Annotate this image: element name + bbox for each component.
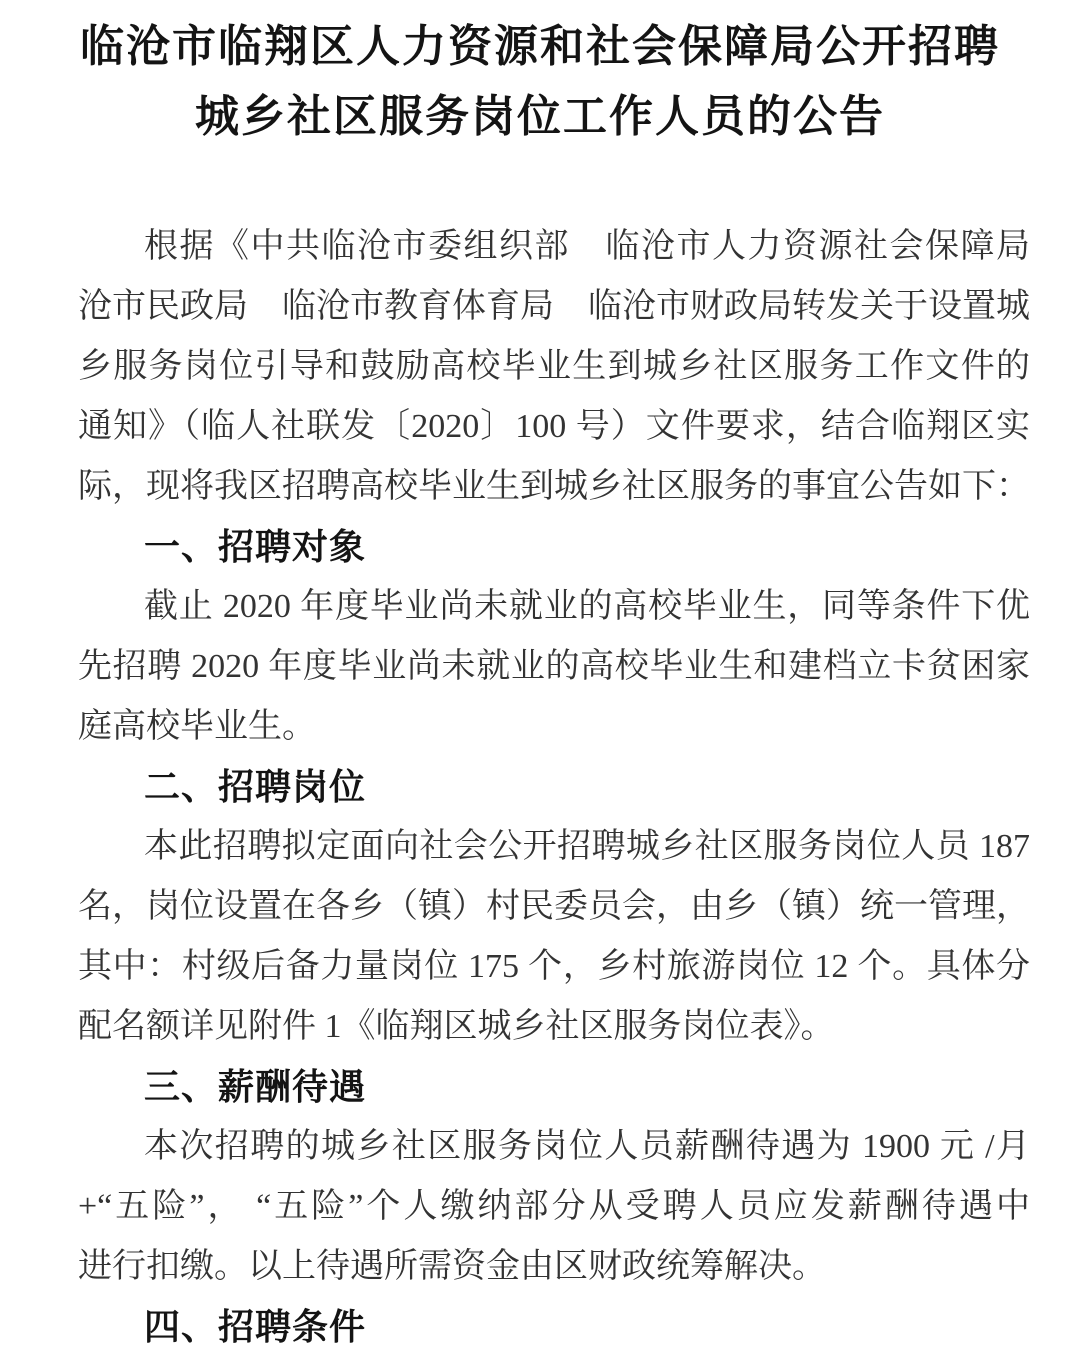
paragraph-line: 进行扣缴。以上待遇所需资金由区财政统筹解决。 (78, 1237, 1030, 1297)
paragraph-line: 先招聘 2020 年度毕业尚未就业的高校毕业生和建档立卡贫困家 (78, 637, 1030, 697)
intro-paragraph: 根据《中共临沧市委组织部 临沧市人力资源社会保障局 临沧市民政局 临沧市教育体育… (78, 217, 1030, 517)
document-title-line-1: 临沧市临翔区人力资源和社会保障局公开招聘 (0, 12, 1080, 82)
paragraph-line: 截止 2020 年度毕业尚未就业的高校毕业生，同等条件下优 (78, 577, 1030, 637)
paragraph-line: 配名额详见附件 1《临翔区城乡社区服务岗位表》。 (78, 997, 1030, 1057)
paragraph-line: 本次招聘的城乡社区服务岗位人员薪酬待遇为 1900 元 /月 (78, 1117, 1030, 1177)
paragraph-line: 名，岗位设置在各乡（镇）村民委员会，由乡（镇）统一管理， (78, 877, 1030, 937)
document-body: 根据《中共临沧市委组织部 临沧市人力资源社会保障局 临沧市民政局 临沧市教育体育… (78, 217, 1030, 1352)
section-heading-4: 四、招聘条件 (78, 1297, 1030, 1352)
paragraph-line: 其中：村级后备力量岗位 175 个，乡村旅游岗位 12 个。具体分 (78, 937, 1030, 997)
announcement-page: 临沧市临翔区人力资源和社会保障局公开招聘 城乡社区服务岗位工作人员的公告 根据《… (0, 0, 1080, 1352)
paragraph-line: 沧市民政局 临沧市教育体育局 临沧市财政局转发关于设置城 (78, 277, 1030, 337)
paragraph-line: +“五险”， “五险”个人缴纳部分从受聘人员应发薪酬待遇中 (78, 1177, 1030, 1237)
paragraph-line: 际，现将我区招聘高校毕业生到城乡社区服务的事宜公告如下： (78, 457, 1030, 517)
paragraph-line: 本此招聘拟定面向社会公开招聘城乡社区服务岗位人员 187 (78, 817, 1030, 877)
section-heading-3: 三、薪酬待遇 (78, 1057, 1030, 1117)
paragraph-line: 庭高校毕业生。 (78, 697, 1030, 757)
section-1-paragraph: 截止 2020 年度毕业尚未就业的高校毕业生，同等条件下优先招聘 2020 年度… (78, 577, 1030, 757)
document-title: 临沧市临翔区人力资源和社会保障局公开招聘 城乡社区服务岗位工作人员的公告 (0, 0, 1080, 152)
document-title-line-2: 城乡社区服务岗位工作人员的公告 (0, 82, 1080, 152)
section-3-paragraph: 本次招聘的城乡社区服务岗位人员薪酬待遇为 1900 元 /月+“五险”， “五险… (78, 1117, 1030, 1297)
paragraph-line: 通知》（临人社联发〔2020〕100 号）文件要求，结合临翔区实 (78, 397, 1030, 457)
paragraph-line: 乡服务岗位引导和鼓励高校毕业生到城乡社区服务工作文件的 (78, 337, 1030, 397)
section-heading-2: 二、招聘岗位 (78, 757, 1030, 817)
paragraph-line: 根据《中共临沧市委组织部 临沧市人力资源社会保障局 临 (78, 217, 1030, 277)
section-2-paragraph: 本此招聘拟定面向社会公开招聘城乡社区服务岗位人员 187名，岗位设置在各乡（镇）… (78, 817, 1030, 1057)
section-heading-1: 一、招聘对象 (78, 517, 1030, 577)
